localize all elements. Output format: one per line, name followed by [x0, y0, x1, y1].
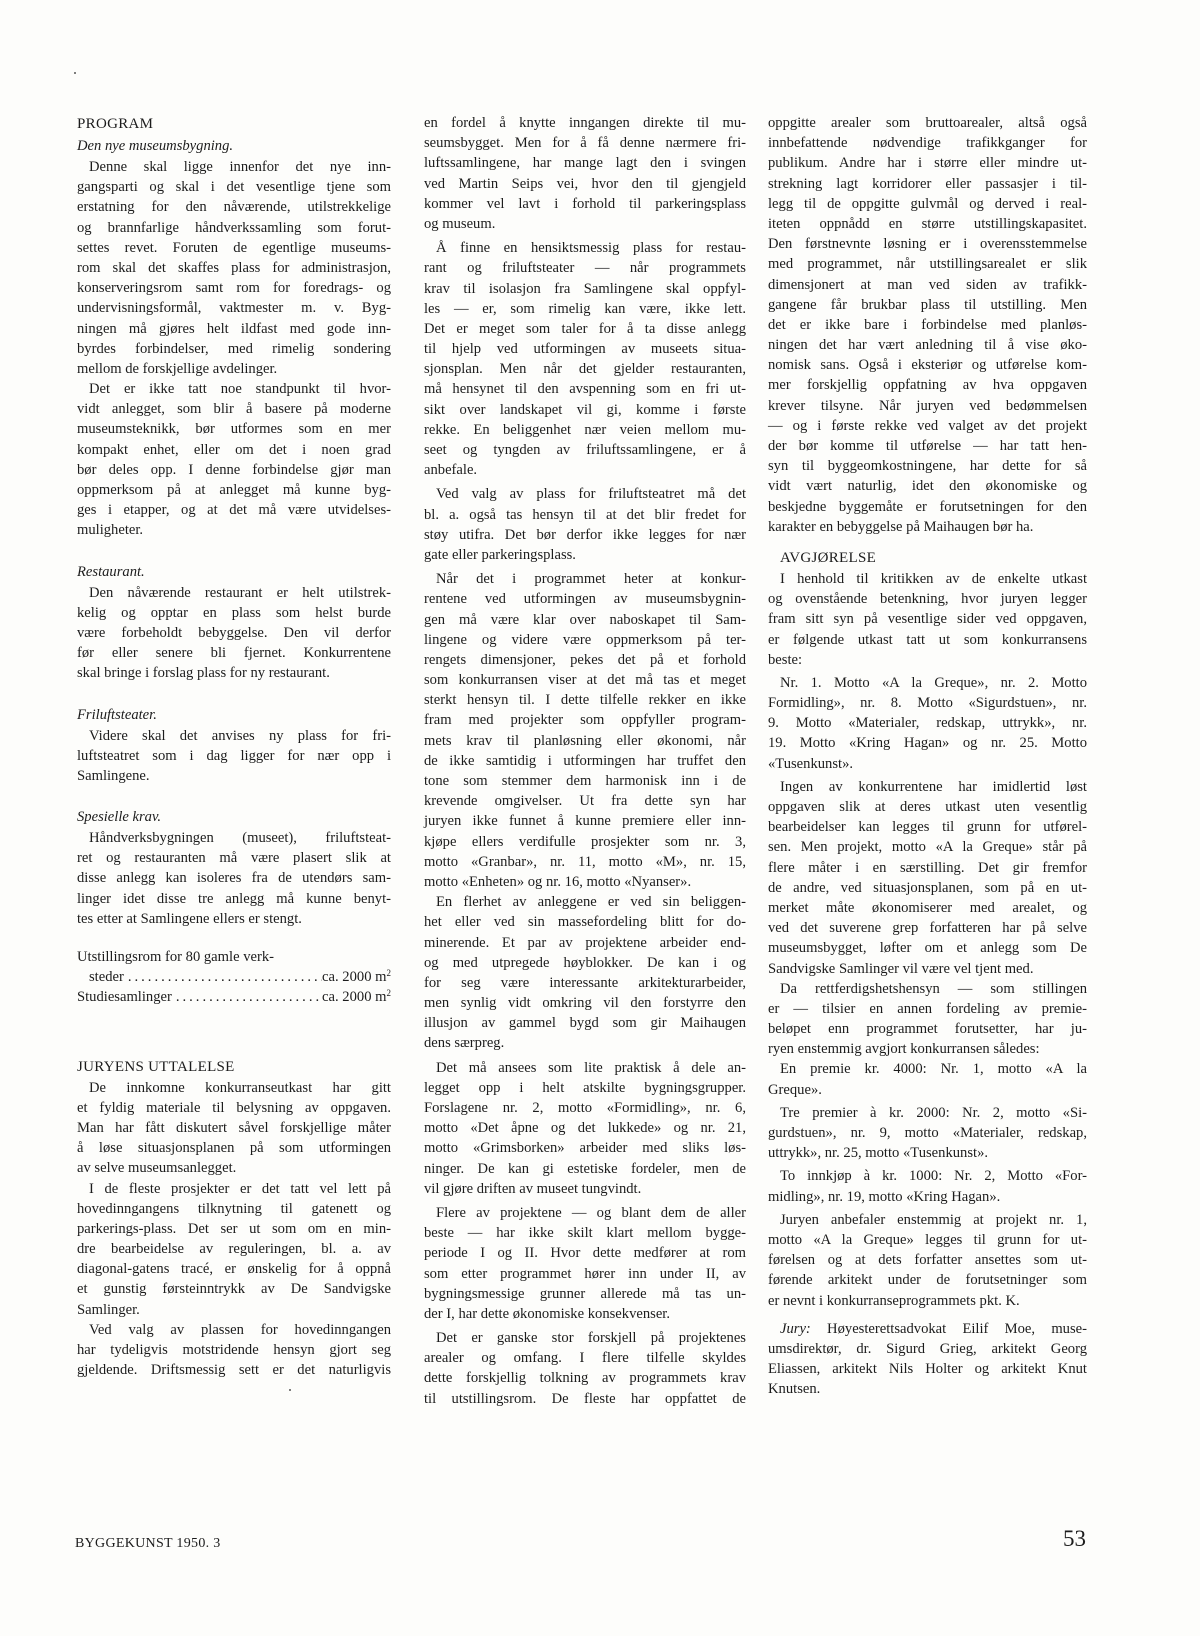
paragraph: En flerhet av anleggene er ved sin belig… — [424, 892, 746, 1054]
paragraph: Ved valg av plassen for hovedinngangenha… — [77, 1320, 391, 1381]
paragraph-line: Det må ansees som lite praktisk å dele a… — [424, 1058, 746, 1078]
paragraph: Det er ganske stor forskjell på projekte… — [424, 1328, 746, 1409]
paragraph-line: med programmet, når utstillingsarealet e… — [768, 254, 1087, 274]
paragraph-line: og brannfarlige håndverkssamling som for… — [77, 218, 391, 238]
paragraph-line: mer forskjellig oppfatning av hva oppgav… — [768, 375, 1087, 395]
paragraph: To innkjøp à kr. 1000: Nr. 2, Motto «For… — [768, 1166, 1087, 1206]
jury-label: Jury: — [780, 1321, 811, 1337]
paragraph-line: er nevnt i konkurranseprogrammets pkt. K… — [768, 1291, 1087, 1311]
paragraph-line: innbefattende nødvendige trafikkganger f… — [768, 133, 1087, 153]
paragraph-line: tes etter at Samlingene ellers er stengt… — [77, 909, 391, 929]
paragraph: De innkomne konkurranseutkast har gittet… — [77, 1078, 391, 1179]
paragraph-line: disse anlegg kan isoleres fra de utendør… — [77, 868, 391, 888]
paragraph-line: oppgaven slik at deres utkast uten vesen… — [768, 797, 1087, 817]
paragraph-line: gangene får brukbar plass til utstilling… — [768, 295, 1087, 315]
paragraph-line: gangsparti og skal i det vesentlige tjen… — [77, 177, 391, 197]
paragraph-line: beste — har ikke skilt klart mellom bygg… — [424, 1223, 746, 1243]
paragraph-line: museumsbygget, løfter om et anlegg som D… — [768, 938, 1087, 958]
paragraph-line: illusjon av gammel bygd som gir Maihauge… — [424, 1013, 746, 1033]
paragraph-line: Formidling», nr. 8. Motto «Sigurdstuen»,… — [768, 693, 1087, 713]
paragraph-line: bearbeidelser kan legges til grunn for u… — [768, 817, 1087, 837]
paragraph-line: skal bringe i forslag plass for ny resta… — [77, 663, 391, 683]
area-table: Utstillingsrom for 80 gamle verk- steder… — [77, 947, 391, 1008]
paragraph-line: Nr. 1. Motto «A la Greque», nr. 2. Motto — [768, 673, 1087, 693]
paragraph-line: må hensynet til den avspenning som en fr… — [424, 379, 746, 399]
paragraph-line: konserveringsrom samt rom for foredrags-… — [77, 278, 391, 298]
paragraph-line: En premie kr. 4000: Nr. 1, motto «A la — [768, 1059, 1087, 1079]
paragraph-line: publikum. Andre har i større eller mindr… — [768, 153, 1087, 173]
paragraph-line: tone som stemmer dem harmonisk inn i de — [424, 771, 746, 791]
paragraph-line: beskjedne byggemåte er forutsetningen fo… — [768, 497, 1087, 517]
paragraph-line: et gunstig førsteinntrykk av De Sandvigs… — [77, 1279, 391, 1299]
paragraph-line: I de fleste prosjekter er det tatt vel l… — [77, 1179, 391, 1199]
paragraph-line: som etter programmet hører inn under II,… — [424, 1264, 746, 1284]
paragraph: En premie kr. 4000: Nr. 1, motto «A laGr… — [768, 1059, 1087, 1099]
section-heading-jury: JURYENS UTTALELSE — [77, 1056, 391, 1078]
paragraph-line: seumsbygget. Men for å få denne nærmere … — [424, 133, 746, 153]
paragraph-line: sen. Men projekt, motto «A la Greque» st… — [768, 837, 1087, 857]
paragraph-line: umsdirektør, dr. Sigurd Grieg, arkitekt … — [768, 1339, 1087, 1359]
paragraph-line: parkerings-plass. Det ser ut som om en m… — [77, 1219, 391, 1239]
paragraph-line: oppgitte arealer som bruttoarealer, alts… — [768, 113, 1087, 133]
paragraph-line: mellom de forskjellige avdelinger. — [77, 359, 391, 379]
subheading-special: Spesielle krav. — [77, 806, 391, 828]
paragraph-line: Forslagene nr. 2, motto «Formidling», nr… — [424, 1098, 746, 1118]
paragraph-line: gjeldende. Driftsmessig sett er det natu… — [77, 1360, 391, 1380]
paragraph-line: fram med projekter som oppfyller program… — [424, 710, 746, 730]
paragraph-line: rentene ved utformingen av museumsbygnin… — [424, 589, 746, 609]
paragraph-line: De innkomne konkurranseutkast har gitt — [77, 1078, 391, 1098]
paragraph-line: Den nåværende restaurant er helt utilstr… — [77, 583, 391, 603]
paragraph-line: der I, har dette økonomiske konsekvenser… — [424, 1304, 746, 1324]
paragraph-line: lingene og videre være oppmerksom på ter… — [424, 630, 746, 650]
area-row-label: Studiesamlinger — [77, 987, 172, 1007]
paragraph-line: Juryen anbefaler enstemmig at projekt nr… — [768, 1210, 1087, 1230]
paragraph: Det må ansees som lite praktisk å dele a… — [424, 1058, 746, 1199]
paragraph-line: rom skal det skaffes plass for administr… — [77, 258, 391, 278]
paragraph-line: sjonsplan. Men når det gjelder restauran… — [424, 359, 746, 379]
paragraph-line: byrdes forbindelser, med rimelig sonderi… — [77, 339, 391, 359]
area-row-label: steder — [89, 967, 124, 987]
paragraph-line: beløpet enn programmet forutsetter, har … — [768, 1019, 1087, 1039]
paragraph-line: er — tilsier en annen fordeling av premi… — [768, 999, 1087, 1019]
paragraph-line: settes revet. Foruten de egentlige museu… — [77, 238, 391, 258]
paragraph-line: Den førstnevnte løsning er i overensstem… — [768, 234, 1087, 254]
paragraph-line: Denne skal ligge innenfor det nye inn- — [77, 157, 391, 177]
paragraph-line: bygningsmessige grunner allerede må tas … — [424, 1284, 746, 1304]
paragraph-line: I henhold til kritikken av de enkelte ut… — [768, 569, 1087, 589]
paragraph-line: Ingen av konkurrentene har imidlertid lø… — [768, 777, 1087, 797]
paragraph-line: Jury: Høyesterettsadvokat Eilif Moe, mus… — [768, 1319, 1087, 1339]
area-row: Studiesamlinger ........................… — [77, 987, 391, 1007]
paragraph-line: linger idet disse tre anlegg må kunne be… — [77, 889, 391, 909]
paragraph-line: fram sitt syn på vesentlige sider ved op… — [768, 609, 1087, 629]
paragraph-line: Eliassen, arkitekt Nils Holter og arkite… — [768, 1359, 1087, 1379]
paragraph-line: et fyldig materiale til belysning av opp… — [77, 1098, 391, 1118]
paragraph-line: 9. Motto «Materialer, redskap, uttrykk»,… — [768, 713, 1087, 733]
paragraph-line: Samlinger. — [77, 1300, 391, 1320]
text-column-1: PROGRAM Den nye museumsbygning. Denne sk… — [77, 113, 391, 1380]
paragraph-line: arealer og omfang. I flere tilfelle skyl… — [424, 1348, 746, 1368]
paragraph-line: Ved valg av plassen for hovedinngangen — [77, 1320, 391, 1340]
paragraph: I henhold til kritikken av de enkelte ut… — [768, 569, 1087, 670]
paragraph-line: «Tusenkunst». — [768, 754, 1087, 774]
paragraph: Å finne en hensiktsmessig plass for rest… — [424, 238, 746, 480]
paragraph-line: Da rettferdigshetshensyn — som stillinge… — [768, 979, 1087, 999]
paragraph-line: ningen må gjøres helt ildfast med gode i… — [77, 319, 391, 339]
paragraph-line: seet og tyngden av friluftssamlingene, e… — [424, 440, 746, 460]
paragraph-line: Å finne en hensiktsmessig plass for rest… — [424, 238, 746, 258]
paragraph-line: men synlig vidt omkring vil den forstyrr… — [424, 993, 746, 1013]
paragraph: oppgitte arealer som bruttoarealer, alts… — [768, 113, 1087, 537]
paragraph-line: for seg være interessante arkitekturarbe… — [424, 973, 746, 993]
paragraph-line: flere måter i en særstilling. Det gir fr… — [768, 858, 1087, 878]
paragraph-line: juryen ikke funnet å kunne premiere elle… — [424, 811, 746, 831]
paragraph: I de fleste prosjekter er det tatt vel l… — [77, 1179, 391, 1320]
subheading-museum: Den nye museumsbygning. — [77, 135, 391, 157]
paragraph-line: mets krav til planløsning eller økonomi,… — [424, 731, 746, 751]
paragraph: Ingen av konkurrentene har imidlertid lø… — [768, 777, 1087, 979]
paragraph-line: førende arkitekt under de forutsetninger… — [768, 1270, 1087, 1290]
paragraph-line: hovedinngangens tilknytning til gatenett… — [77, 1199, 391, 1219]
leader-dots: ..................................... — [124, 967, 322, 987]
paragraph-line: de ikke samtidig i utformingen har truff… — [424, 751, 746, 771]
paragraph-line: — og i første rekke ved valget av det pr… — [768, 416, 1087, 436]
paragraph-line: bør deles opp. I denne forbindelse gjør … — [77, 460, 391, 480]
paragraph: Tre premier à kr. 2000: Nr. 2, motto «Si… — [768, 1103, 1087, 1164]
paragraph: Denne skal ligge innenfor det nye inn-ga… — [77, 157, 391, 379]
paragraph: Når det i programmet heter at konkur-ren… — [424, 569, 746, 892]
paragraph: Den nåværende restaurant er helt utilstr… — [77, 583, 391, 684]
paragraph-line: To innkjøp à kr. 1000: Nr. 2, Motto «For… — [768, 1166, 1087, 1186]
paragraph-line: Håndverksbygningen (museet), friluftstea… — [77, 828, 391, 848]
paragraph-line: Sandvigske Samlinger vil være vel tjent … — [768, 959, 1087, 979]
paragraph-line: gen må være klar over naboskapet til Sam… — [424, 610, 746, 630]
paragraph-line: krever tilsyne. Når juryen ved bedømmels… — [768, 396, 1087, 416]
paragraph-line: het eller ved sin massefordeling blitt f… — [424, 912, 746, 932]
paragraph: Håndverksbygningen (museet), friluftstea… — [77, 828, 391, 929]
paragraph-line: som konkurransen viser at det må tas et … — [424, 670, 746, 690]
paragraph-line: midling», nr. 19, motto «Kring Hagan». — [768, 1187, 1087, 1207]
paragraph-line: er følgende utkast tatt ut som konkurran… — [768, 630, 1087, 650]
paragraph-line: uttrykk», nr. 25, motto «Tusenkunst». — [768, 1143, 1087, 1163]
paragraph-line: museumsteknikk, bør utformes som en mer — [77, 419, 391, 439]
paragraph-line: minerende. Et par av projektene arbeider… — [424, 933, 746, 953]
paragraph-line: rant og friluftsteater — når programmets — [424, 258, 746, 278]
paragraph-line: vidt vært naturlig, idet den økonomiske … — [768, 476, 1087, 496]
paragraph: Videre skal det anvises ny plass for fri… — [77, 726, 391, 787]
paragraph-line: kompakt enhet, eller om det i noen grad — [77, 440, 391, 460]
paragraph-line: motto «Enheten» og nr. 16, motto «Nyanse… — [424, 872, 746, 892]
paragraph-line: ninger. De kan gi estetiske fordeler, me… — [424, 1159, 746, 1179]
paragraph-line: rengets dimensjoner, pekes det på et for… — [424, 650, 746, 670]
paragraph-line: gurdstuen», nr. 9, motto «Materialer, re… — [768, 1123, 1087, 1143]
paragraph-line: oppmerksom på at anlegget må kunne byg- — [77, 480, 391, 500]
paragraph-line: dimensjonert at man ved siden av trafikk… — [768, 275, 1087, 295]
paragraph: Flere av projektene — og blant dem de al… — [424, 1203, 746, 1324]
paragraph-line: strekning lagt korridorer eller passasje… — [768, 174, 1087, 194]
paragraph-line: rekke. En beliggenhet nær veien mellom m… — [424, 420, 746, 440]
paragraph-line: motto «Granbar», nr. 11, motto «M», nr. … — [424, 852, 746, 872]
spacer — [77, 929, 391, 947]
paragraph-line: motto «A la Greque» legges til grunn for… — [768, 1230, 1087, 1250]
paragraph-line: støy utifra. Det bør derfor ikke legges … — [424, 525, 746, 545]
paragraph-line: merket måte økonomiserer med arealet, og — [768, 898, 1087, 918]
area-row-value: ca. 2000 m2 — [322, 967, 391, 987]
print-speck — [74, 72, 76, 74]
paragraph-line: Det er ganske stor forskjell på projekte… — [424, 1328, 746, 1348]
spacer — [77, 684, 391, 704]
leader-dots: ..................................... — [172, 987, 322, 1007]
paragraph-line: iteten oppnådd en større utstillingskapa… — [768, 214, 1087, 234]
paragraph-line: En flerhet av anleggene er ved sin belig… — [424, 892, 746, 912]
paragraph-line: før eller senere bli fjernet. Konkurrent… — [77, 643, 391, 663]
paragraph-line: kommer vel lavt i forhold til parkerings… — [424, 194, 746, 214]
paragraph-line: der bør komme til utførelse — har tatt h… — [768, 436, 1087, 456]
paragraph-line: erstatning for den nåværende, utilstrekk… — [77, 197, 391, 217]
paragraph-line: Videre skal det anvises ny plass for fri… — [77, 726, 391, 746]
text-column-2: en fordel å knytte inngangen direkte til… — [424, 113, 746, 1409]
paragraph-line: dre bearbeidelse av reguleringen, bl. a.… — [77, 1239, 391, 1259]
paragraph-line: luftsteatret som i dag ligger for nær op… — [77, 746, 391, 766]
paragraph-line: å løse situasjonsplanen på som utforming… — [77, 1138, 391, 1158]
spacer — [768, 1311, 1087, 1319]
paragraph-line: førelsen og at dets forfatter ansettes s… — [768, 1250, 1087, 1270]
spacer — [77, 541, 391, 561]
paragraph: Nr. 1. Motto «A la Greque», nr. 2. Motto… — [768, 673, 1087, 774]
paragraph-line: bl. a. også tas hensyn til at det blir f… — [424, 505, 746, 525]
paragraph: en fordel å knytte inngangen direkte til… — [424, 113, 746, 234]
paragraph: Juryen anbefaler enstemmig at projekt nr… — [768, 1210, 1087, 1311]
paragraph-line: og med utpregede høyblokker. De kan i og — [424, 953, 746, 973]
subheading-theater: Friluftsteater. — [77, 704, 391, 726]
paragraph-line: har tydeligvis motstridende hensyn gjort… — [77, 1340, 391, 1360]
paragraph-line: 19. Motto «Kring Hagan» og nr. 25. Motto — [768, 733, 1087, 753]
paragraph-line: vidt anlegget, som blir å basere på mode… — [77, 399, 391, 419]
paragraph-line: les — er, som rimelig kan være, ikke let… — [424, 299, 746, 319]
paragraph-line: sterkt hensyn til. I dette tilfelle rekk… — [424, 690, 746, 710]
paragraph-line: ved Martin Seips vei, hvor den til gjeng… — [424, 174, 746, 194]
paragraph-line: ningen det har vært anledning til å vise… — [768, 335, 1087, 355]
paragraph-line: Det er meget som taler for å ta disse an… — [424, 319, 746, 339]
subheading-restaurant: Restaurant. — [77, 561, 391, 583]
paragraph-line: kjøpe ellers verdifulle prosjekter som n… — [424, 832, 746, 852]
paragraph: Da rettferdigshetshensyn — som stillinge… — [768, 979, 1087, 1060]
paragraph-line: sikt over landskapet vil gi, komme i før… — [424, 400, 746, 420]
paragraph-line: Flere av projektene — og blant dem de al… — [424, 1203, 746, 1223]
paragraph-line: legg til de oppgitte gulvmål og derved i… — [768, 194, 1087, 214]
paragraph-line: krevende omgivelser. Ut fra dette syn ha… — [424, 791, 746, 811]
spacer — [768, 537, 1087, 547]
paragraph-line: undervisningsformål, vaktmester m. v. By… — [77, 298, 391, 318]
paragraph-line: ges i etapper, og at det må være utvidel… — [77, 500, 391, 520]
paragraph: Det er ikke tatt noe standpunkt til hvor… — [77, 379, 391, 541]
paragraph-line: ved det suverene grep forfatteren har på… — [768, 918, 1087, 938]
paragraph-line: beste: — [768, 650, 1087, 670]
paragraph-line: ret og restauranten må være plasert slik… — [77, 848, 391, 868]
spacer — [77, 1008, 391, 1056]
journal-footer: BYGGEKUNST 1950. 3 — [75, 1536, 221, 1552]
paragraph-line: Greque». — [768, 1080, 1087, 1100]
paragraph-line: motto «Grimsborken» arbeider med sliks l… — [424, 1138, 746, 1158]
paragraph-line: en fordel å knytte inngangen direkte til… — [424, 113, 746, 133]
paragraph-line: Når det i programmet heter at konkur- — [424, 569, 746, 589]
paragraph: Ved valg av plass for friluftsteatret må… — [424, 484, 746, 565]
jury-members: Jury: Høyesterettsadvokat Eilif Moe, mus… — [768, 1319, 1087, 1400]
paragraph-line: av selve museumsanlegget. — [77, 1158, 391, 1178]
paragraph-line: legget opp i helt atskilte bygningsgrupp… — [424, 1078, 746, 1098]
paragraph-line: kelig og opptar en plass som helst burde — [77, 603, 391, 623]
paragraph-line: Tre premier à kr. 2000: Nr. 2, motto «Si… — [768, 1103, 1087, 1123]
paragraph-line: periode I og II. Hvor dette medfører at … — [424, 1243, 746, 1263]
paragraph-line: ryen enstemmig avgjort konkurransen såle… — [768, 1039, 1087, 1059]
paragraph-line: dette forskjellig tolkning av programmet… — [424, 1368, 746, 1388]
paragraph-line: Ved valg av plass for friluftsteatret må… — [424, 484, 746, 504]
area-row-label: Utstillingsrom for 80 gamle verk- — [77, 947, 391, 967]
paragraph-line: anbefale. — [424, 460, 746, 480]
paragraph-line: syn til byggeomkostningene, har dette fo… — [768, 456, 1087, 476]
area-row-value: ca. 2000 m2 — [322, 987, 391, 1007]
paragraph-line: karakter en bebyggelse på Maihaugen bør … — [768, 517, 1087, 537]
paragraph-line: krav til isolasjon fra Samlingene skal o… — [424, 279, 746, 299]
paragraph-line: til hjelp ved utformingen av museets sit… — [424, 339, 746, 359]
paragraph-line: dens særpreg. — [424, 1033, 746, 1053]
paragraph-line: de andre, ved situasjonsplanen, som på e… — [768, 878, 1087, 898]
paragraph-line: gate eller parkeringsplass. — [424, 545, 746, 565]
paragraph-line: muligheter. — [77, 520, 391, 540]
area-row: steder .................................… — [77, 967, 391, 987]
section-heading-decision: AVGJØRELSE — [768, 547, 1087, 569]
print-speck — [289, 1389, 291, 1391]
paragraph-line: nomisk sans. Også i eksteriør og utførel… — [768, 355, 1087, 375]
spacer — [77, 786, 391, 806]
text-column-3: oppgitte arealer som bruttoarealer, alts… — [768, 113, 1087, 1399]
paragraph-line: luftssamlingene, har mange lagt den i sv… — [424, 153, 746, 173]
paragraph-line: motto «Det åpne og det lukkede» og nr. 2… — [424, 1118, 746, 1138]
paragraph-line: og museum. — [424, 214, 746, 234]
section-heading-program: PROGRAM — [77, 113, 391, 135]
paragraph-line: være forbeholdt bebyggelse. Den vil derf… — [77, 623, 391, 643]
paragraph-line: diagonal-gatens tracé, er ønskelig for å… — [77, 1259, 391, 1279]
page-number: 53 — [1063, 1526, 1086, 1552]
paragraph-line: og ovenstående betenkning, hvor juryen l… — [768, 589, 1087, 609]
paragraph-line: til utstillingsrom. De fleste har oppfat… — [424, 1389, 746, 1409]
paragraph-line: Man har fått diskutert såvel forskjellig… — [77, 1118, 391, 1138]
paragraph-line: Det er ikke tatt noe standpunkt til hvor… — [77, 379, 391, 399]
paragraph-line: Knutsen. — [768, 1379, 1087, 1399]
paragraph-line: Samlingene. — [77, 766, 391, 786]
paragraph-line: det er ikke bare i forbindelse med planl… — [768, 315, 1087, 335]
paragraph-line: vil gjøre driften av museet tungvindt. — [424, 1179, 746, 1199]
